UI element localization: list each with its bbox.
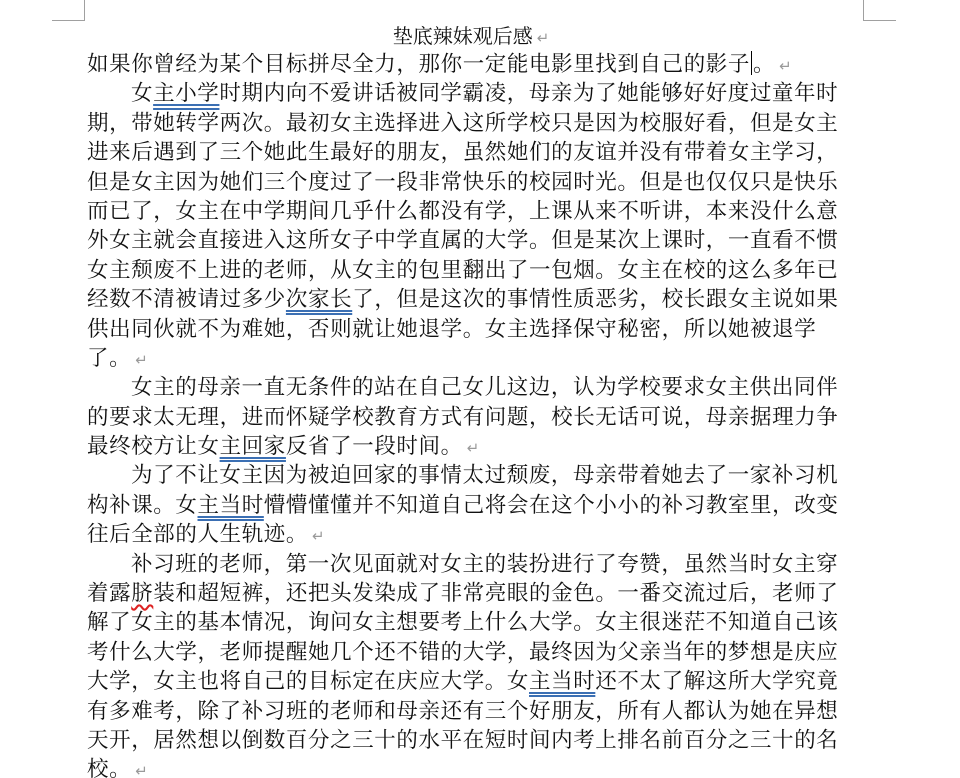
paragraph-mark-icon: ↵: [537, 29, 550, 47]
text-run: 的要求太无理，进而怀疑学校教育方式有问题，校长无话可说，母亲据理力争: [87, 405, 838, 430]
text-line[interactable]: 的要求太无理，进而怀疑学校教育方式有问题，校长无话可说，母亲据理力争: [87, 403, 855, 432]
text-line[interactable]: 考什么大学，老师提醒她几个还不错的大学，最终因为父亲当年的梦想是庆应: [87, 638, 855, 667]
text-line[interactable]: 了。↵: [87, 344, 855, 373]
text-cursor: [751, 51, 752, 75]
text-run: 构补课。女: [87, 493, 198, 518]
text-run: 而已了，女主在中学期间几乎什么都没有学，上课从来不听讲，本来没什么意: [87, 199, 838, 224]
page-corner-mark-top-right: [863, 0, 896, 21]
document-page[interactable]: 垫底辣妹观后感↵ 如果你曾经为某个目标拼尽全力，那你一定能电影里找到自己的影子。…: [87, 20, 855, 778]
text-run: 女: [131, 81, 153, 106]
text-run: 期，带她转学两次。最初女主选择进入这所学校只是因为校服好看，但是女主: [87, 111, 838, 136]
text-run: 外女主就会直接进入这所女子中学直属的大学。但是某次上课时，一直看不惯: [87, 228, 838, 253]
spelling-flag-text: 脐: [131, 581, 153, 606]
text-run: 解了女主的基本情况，询问女主想要考上什么大学。女主很迷茫不知道自己该: [87, 610, 838, 635]
text-line[interactable]: 经数不清被请过多少次家长了，但是这次的事情性质恶劣，校长跟女主说如果: [87, 285, 855, 314]
text-run: 大学，女主也将自己的目标定在庆应大学。女: [87, 669, 529, 694]
text-line[interactable]: 进来后遇到了三个她此生最好的朋友，虽然她们的友谊并没有带着女主学习，: [87, 138, 855, 167]
paragraph-mark-icon: ↵: [312, 527, 325, 545]
text-run: 经数不清被请过多少: [87, 287, 286, 312]
text-run: 时期内向不爱讲话被同学霸凌，母亲为了她能够好好度过童年时: [219, 81, 838, 106]
text-line[interactable]: 有多难考，除了补习班的老师和母亲还有三个好朋友，所有人都认为她在异想: [87, 697, 855, 726]
text-run: 为了不让女主因为被迫回家的事情太过颓废，母亲带着她去了一家补习机: [131, 463, 838, 488]
text-line[interactable]: 构补课。女主当时懵懵懂懂并不知道自己将会在这个小小的补习教室里，改变: [87, 491, 855, 520]
text-run: 供出同伙就不为难她，否则就让她退学。女主选择保守秘密，所以她被退学: [87, 317, 816, 342]
text-run: 进来后遇到了三个她此生最好的朋友，虽然她们的友谊并没有带着女主学习，: [87, 140, 838, 165]
text-line[interactable]: 补习班的老师，第一次见面就对女主的装扮进行了夸赞，虽然当时女主穿: [87, 550, 855, 579]
text-run: 还不太了解这所大学究竟: [595, 669, 838, 694]
text-run: 女主的母亲一直无条件的站在自己女儿这边，认为学校要求女主供出同伴: [131, 375, 838, 400]
grammar-flag-text: 主回家: [220, 434, 286, 459]
text-run: 校。: [87, 757, 131, 778]
text-line[interactable]: 但是女主因为她们三个度过了一段非常快乐的校园时光。但是也仅仅只是快乐: [87, 168, 855, 197]
text-run: 反省了一段时间。: [286, 434, 463, 459]
text-run: 着露: [87, 581, 131, 606]
grammar-flag-text: 次家长: [286, 287, 352, 312]
document-title: 垫底辣妹观后感↵: [87, 20, 855, 50]
text-run: 补习班的老师，第一次见面就对女主的装扮进行了夸赞，虽然当时女主穿: [131, 552, 838, 577]
title-text: 垫底辣妹观后感: [393, 24, 533, 48]
grammar-flag-text: 主小学: [153, 81, 219, 106]
document-body[interactable]: 如果你曾经为某个目标拼尽全力，那你一定能电影里找到自己的影子。↵女主小学时期内向…: [87, 50, 855, 778]
text-run: 装和超短裤，还把头发染成了非常亮眼的金色。一番交流过后，老师了: [153, 581, 838, 606]
grammar-flag-text: 主当时: [529, 669, 595, 694]
text-line[interactable]: 大学，女主也将自己的目标定在庆应大学。女主当时还不太了解这所大学究竟: [87, 667, 855, 696]
text-line[interactable]: 如果你曾经为某个目标拼尽全力，那你一定能电影里找到自己的影子。↵: [87, 50, 855, 79]
text-line[interactable]: 外女主就会直接进入这所女子中学直属的大学。但是某次上课时，一直看不惯: [87, 226, 855, 255]
text-line[interactable]: 而已了，女主在中学期间几乎什么都没有学，上课从来不听讲，本来没什么意: [87, 197, 855, 226]
text-run: 最终校方让女: [87, 434, 220, 459]
text-line[interactable]: 女主颓废不上进的老师，从女主的包里翻出了一包烟。女主在校的这么多年已: [87, 256, 855, 285]
text-line[interactable]: 天开，居然想以倒数百分之三十的水平在短时间内考上排名前百分之三十的名: [87, 726, 855, 755]
text-line[interactable]: 往后全部的人生轨迹。↵: [87, 520, 855, 549]
page-corner-mark-top-left: [52, 0, 85, 21]
paragraph-mark-icon: ↵: [779, 57, 792, 75]
text-run: 。: [753, 52, 775, 77]
text-run: 了，但是这次的事情性质恶劣，校长跟女主说如果: [352, 287, 838, 312]
text-run: 但是女主因为她们三个度过了一段非常快乐的校园时光。但是也仅仅只是快乐: [87, 170, 838, 195]
text-run: 天开，居然想以倒数百分之三十的水平在短时间内考上排名前百分之三十的名: [87, 728, 838, 753]
grammar-flag-text: 主当时: [198, 493, 264, 518]
text-line[interactable]: 为了不让女主因为被迫回家的事情太过颓废，母亲带着她去了一家补习机: [87, 461, 855, 490]
text-run: 懵懵懂懂并不知道自己将会在这个小小的补习教室里，改变: [264, 493, 839, 518]
text-run: 女主颓废不上进的老师，从女主的包里翻出了一包烟。女主在校的这么多年已: [87, 258, 838, 283]
text-line[interactable]: 期，带她转学两次。最初女主选择进入这所学校只是因为校服好看，但是女主: [87, 109, 855, 138]
paragraph-mark-icon: ↵: [467, 439, 480, 457]
text-line[interactable]: 女主小学时期内向不爱讲话被同学霸凌，母亲为了她能够好好度过童年时: [87, 79, 855, 108]
text-run: 考什么大学，老师提醒她几个还不错的大学，最终因为父亲当年的梦想是庆应: [87, 640, 838, 665]
text-line[interactable]: 最终校方让女主回家反省了一段时间。↵: [87, 432, 855, 461]
paragraph-mark-icon: ↵: [135, 762, 148, 778]
text-line[interactable]: 校。↵: [87, 755, 855, 778]
text-run: 如果你曾经为某个目标拼尽全力，那你一定能电影里找到自己的影子: [87, 52, 750, 77]
text-line[interactable]: 女主的母亲一直无条件的站在自己女儿这边，认为学校要求女主供出同伴: [87, 373, 855, 402]
text-run: 往后全部的人生轨迹。: [87, 522, 308, 547]
paragraph-mark-icon: ↵: [135, 351, 148, 369]
text-run: 有多难考，除了补习班的老师和母亲还有三个好朋友，所有人都认为她在异想: [87, 699, 838, 724]
text-line[interactable]: 供出同伙就不为难她，否则就让她退学。女主选择保守秘密，所以她被退学: [87, 315, 855, 344]
text-line[interactable]: 着露脐装和超短裤，还把头发染成了非常亮眼的金色。一番交流过后，老师了: [87, 579, 855, 608]
text-run: 了。: [87, 346, 131, 371]
text-line[interactable]: 解了女主的基本情况，询问女主想要考上什么大学。女主很迷茫不知道自己该: [87, 608, 855, 637]
